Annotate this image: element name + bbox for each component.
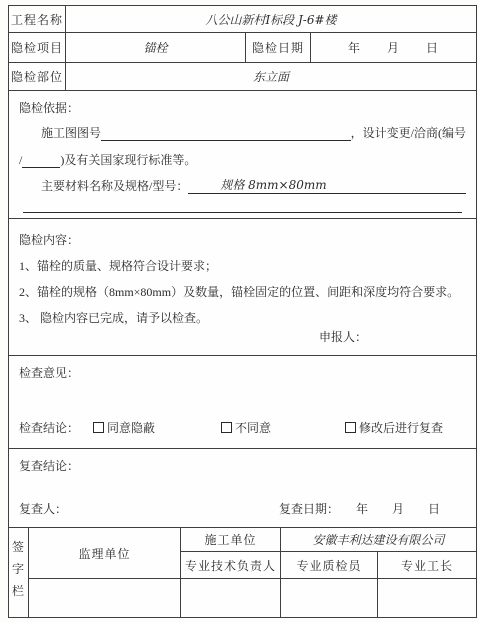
drawing-number-blank	[101, 140, 351, 141]
drawing-number-line: 施工图图号 ，设计变更/洽商(编号	[41, 124, 466, 141]
project-name-label: 工程名称	[9, 6, 66, 32]
project-name-row: 工程名称 八公山新村Ⅰ标段 J-6#楼	[9, 6, 476, 33]
recheck-date-label: 复查日期：	[279, 502, 339, 516]
content-item-3: 3、 隐检内容已完成，请予以检查。	[19, 305, 466, 331]
material-value: 规格 8mm×80mm	[220, 178, 326, 192]
recheck-after-fix-checkbox[interactable]	[345, 422, 356, 433]
date-label: 隐检日期	[246, 33, 311, 62]
tech-lead-label: 专业技术负责人	[181, 552, 281, 579]
item-value: 锚栓	[66, 33, 246, 62]
applicant-label: 申报人：	[319, 328, 367, 345]
location-label: 隐检部位	[9, 63, 66, 90]
content-item-2: 2、锚栓的规格（8mm×80mm）及数量，锚栓固定的位置、间距和深度均符合要求。	[19, 279, 466, 305]
opinion-section: 检查意见： 检查结论： 同意隐蔽 不同意 修改后进行复查	[9, 356, 476, 449]
disagree-checkbox[interactable]	[221, 422, 232, 433]
qc-inspector-label: 专业质检员	[281, 552, 378, 579]
item-label: 隐检项目	[9, 33, 66, 62]
option-disagree: 不同意	[221, 419, 271, 436]
option-recheck-after-fix: 修改后进行复查	[345, 419, 443, 436]
constructor-unit-label: 施工单位	[181, 528, 281, 552]
location-value: 东立面	[66, 63, 476, 90]
basis-line2-prefix: /	[19, 153, 22, 168]
recheck-date-value: 年 月 日	[356, 502, 440, 516]
project-name-value: 八公山新村Ⅰ标段 J-6#楼	[66, 6, 476, 32]
content-section: 隐检内容： 1、锚栓的质量、规格符合设计要求； 2、锚栓的规格（8mm×80mm…	[9, 219, 476, 356]
drawing-number-label: 施工图图号	[41, 124, 101, 141]
material-blank-line2	[23, 212, 462, 213]
foreman-signature-cell	[378, 579, 476, 617]
recheck-after-fix-label: 修改后进行复查	[359, 419, 443, 436]
material-line: 主要材料名称及规格/型号： 规格 8mm×80mm	[41, 176, 466, 194]
basis-line2: / )及有关国家现行标准等。	[19, 151, 466, 168]
recheck-person-label: 复查人：	[19, 500, 67, 517]
signature-table: 签字栏 监理单位 施工单位 安徽丰利达建设有限公司 专业技术负责人 专业质检员 …	[9, 528, 476, 617]
material-value-blank: 规格 8mm×80mm	[188, 176, 466, 194]
conclusion-label: 检查结论：	[19, 419, 79, 436]
inspection-form: 工程名称 八公山新村Ⅰ标段 J-6#楼 隐检项目 锚栓 隐检日期 年 月 日 隐…	[8, 5, 477, 618]
recheck-title: 复查结论：	[19, 457, 466, 474]
content-title: 隐检内容：	[19, 227, 466, 253]
tech-lead-signature-cell	[181, 579, 281, 617]
item-date-row: 隐检项目 锚栓 隐检日期 年 月 日	[9, 33, 476, 63]
date-value: 年 月 日	[311, 33, 476, 62]
agree-label: 同意隐蔽	[107, 419, 155, 436]
conclusion-row: 检查结论： 同意隐蔽 不同意 修改后进行复查	[19, 419, 466, 436]
recheck-section: 复查结论： 复查人： 复查日期： 年 月 日	[9, 449, 476, 528]
location-row: 隐检部位 东立面	[9, 63, 476, 91]
supervisor-unit-label: 监理单位	[29, 528, 181, 579]
signature-column-label: 签字栏	[9, 528, 29, 617]
drawing-number-suffix: ，设计变更/洽商(编号	[351, 124, 466, 141]
constructor-unit-value: 安徽丰利达建设有限公司	[281, 528, 476, 552]
qc-inspector-signature-cell	[281, 579, 378, 617]
recheck-date-group: 复查日期： 年 月 日	[279, 500, 440, 517]
content-item-1: 1、锚栓的质量、规格符合设计要求；	[19, 253, 466, 279]
basis-title: 隐检依据：	[19, 99, 466, 116]
material-label: 主要材料名称及规格/型号：	[41, 177, 188, 194]
option-agree: 同意隐蔽	[93, 419, 155, 436]
opinion-title: 检查意见：	[19, 364, 466, 381]
disagree-label: 不同意	[235, 419, 271, 436]
recheck-bottom-row: 复查人： 复查日期： 年 月 日	[19, 500, 466, 517]
foreman-label: 专业工长	[378, 552, 476, 579]
basis-line2-blank	[22, 167, 60, 168]
agree-checkbox[interactable]	[93, 422, 104, 433]
basis-section: 隐检依据： 施工图图号 ，设计变更/洽商(编号 / )及有关国家现行标准等。 主…	[9, 91, 476, 219]
supervisor-signature-cell	[29, 579, 181, 617]
basis-line2-suffix: )及有关国家现行标准等。	[60, 151, 196, 168]
